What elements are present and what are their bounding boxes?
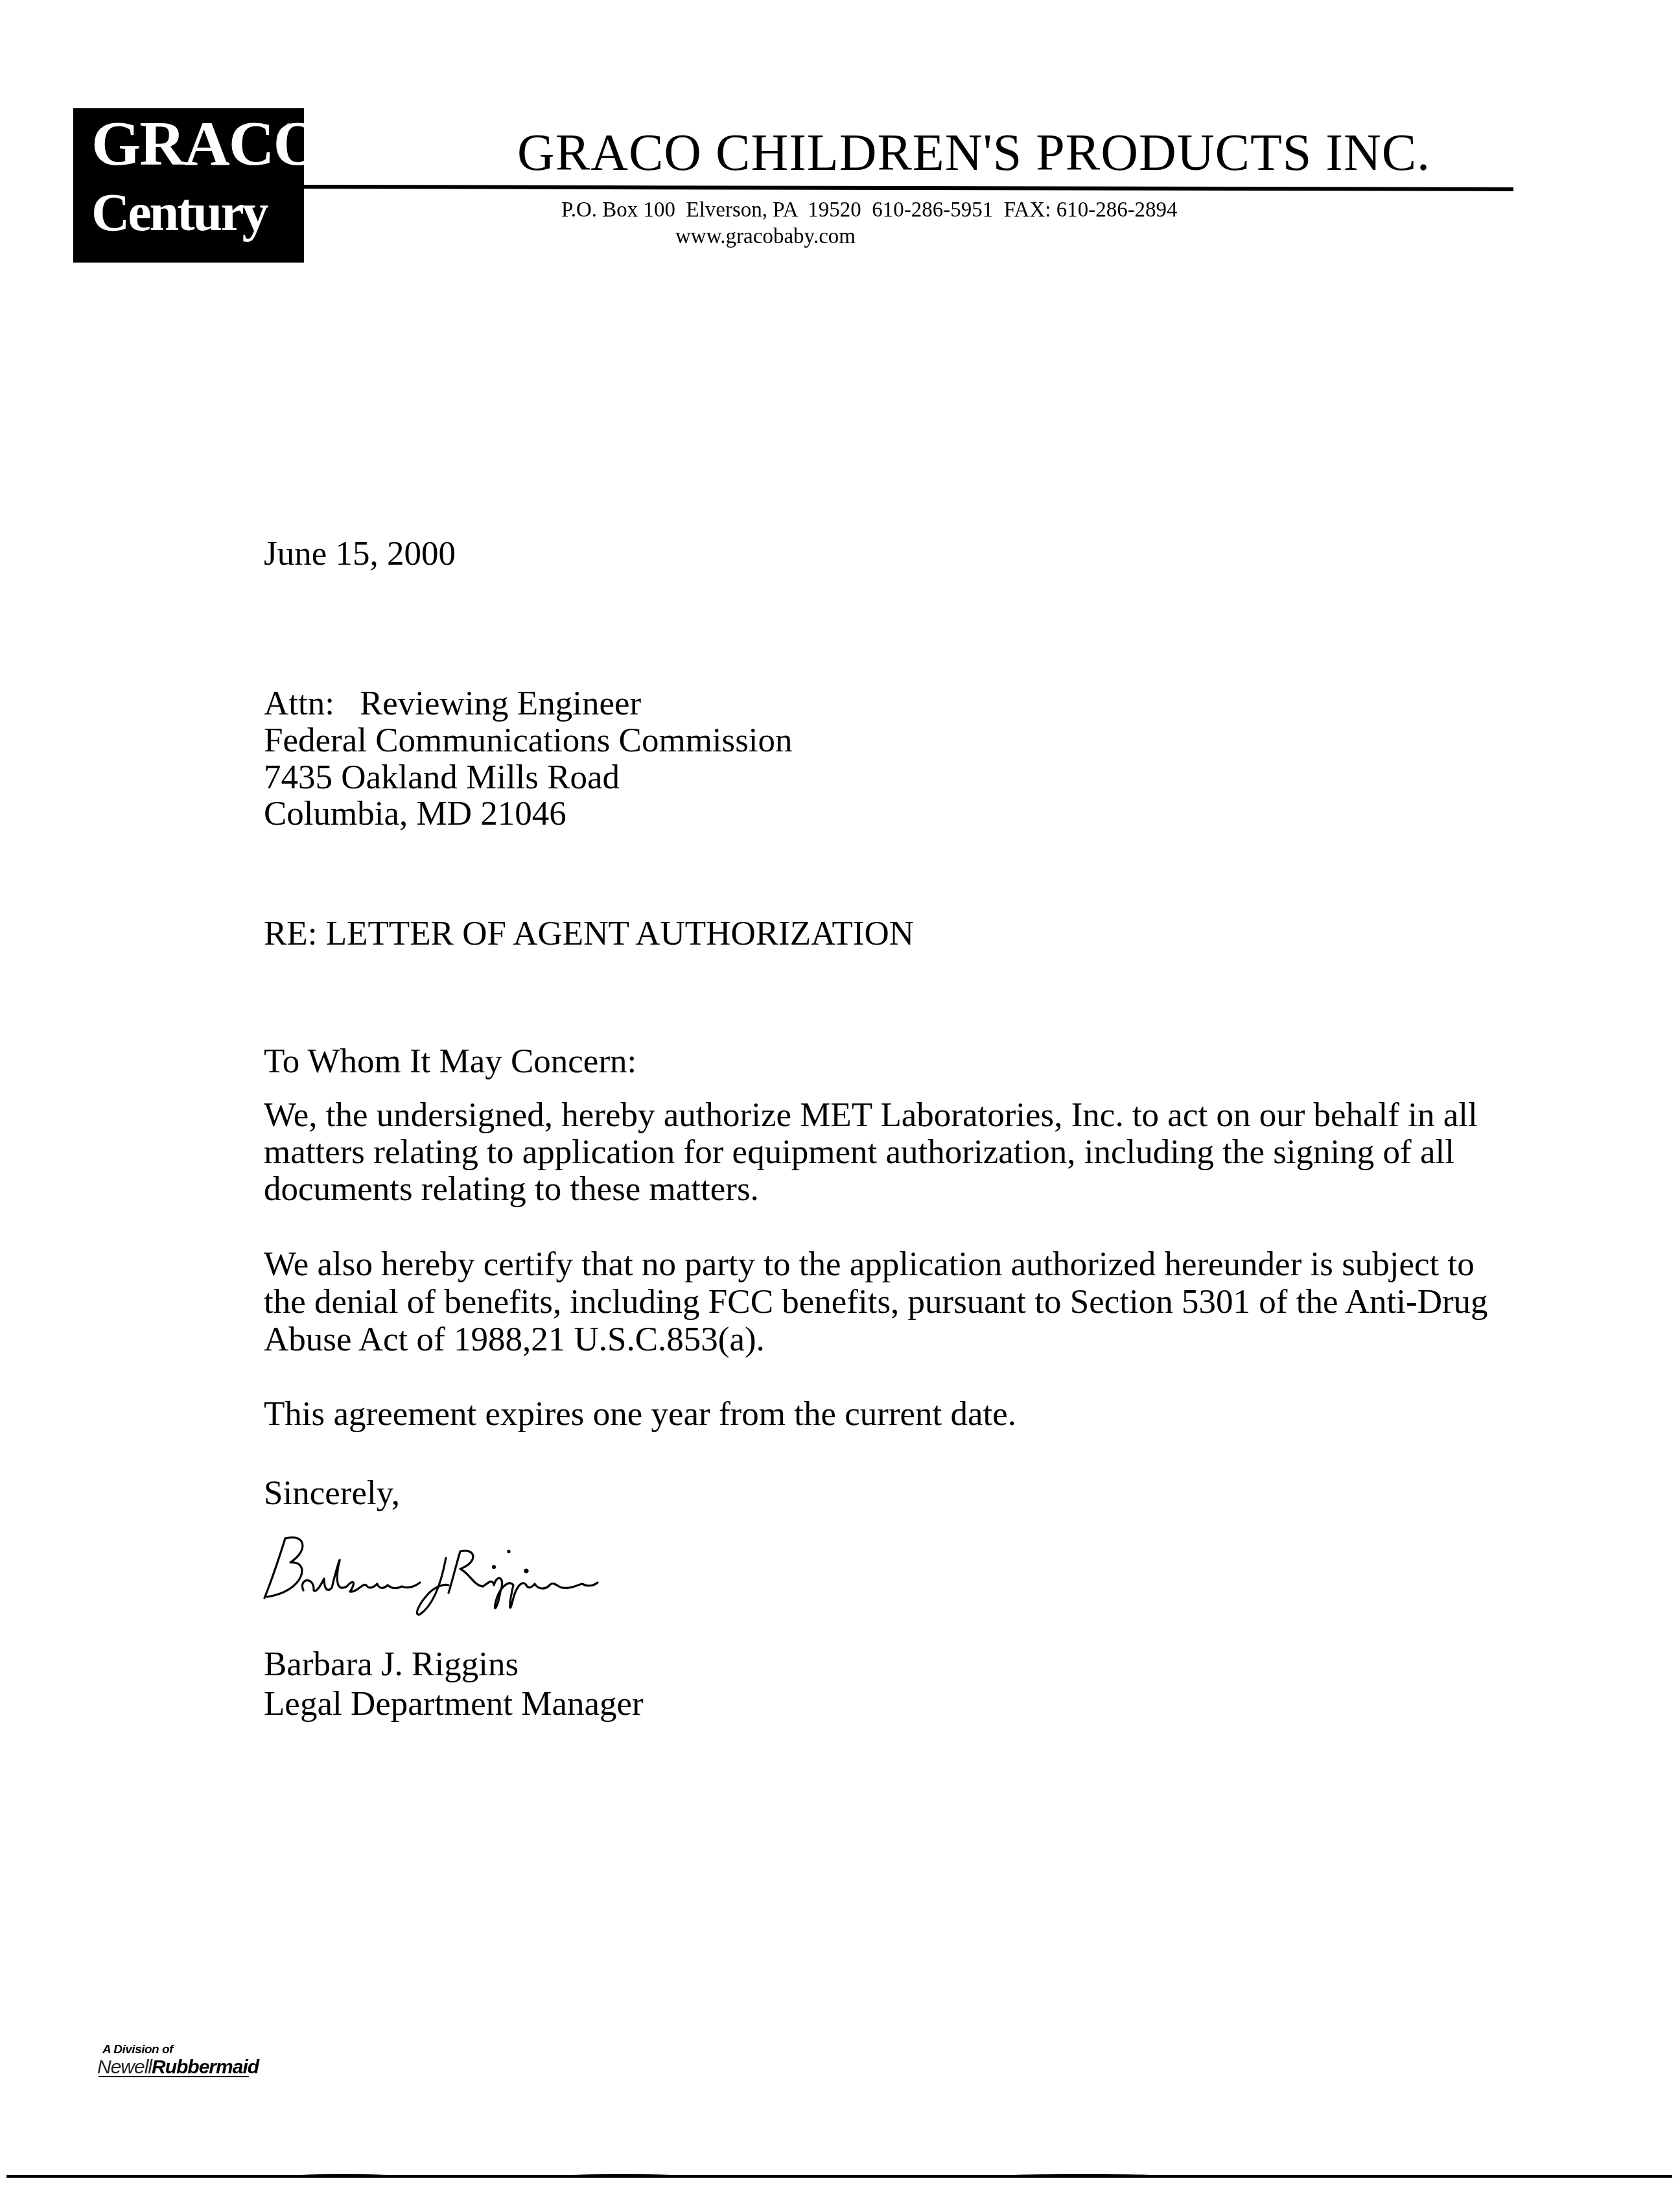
parent-brand-rubbermaid: Rubbermaid [152, 2056, 259, 2078]
signer-name: Barbara J. Riggins [264, 1647, 519, 1682]
paragraph-line: Abuse Act of 1988,21 U.S.C.853(a). [264, 1323, 765, 1357]
scan-smudge [570, 2174, 674, 2178]
scan-smudge [298, 2174, 389, 2178]
brand-underline [99, 2076, 249, 2077]
signer-title: Legal Department Manager [264, 1687, 644, 1721]
graco-century-logo: GRACO ® Century [73, 108, 304, 263]
paragraph-line: matters relating to application for equi… [264, 1135, 1454, 1170]
logo-century-text: Century [91, 186, 267, 239]
recipient-street: 7435 Oakland Mills Road [264, 760, 620, 795]
subject-line: RE: LETTER OF AGENT AUTHORIZATION [264, 917, 914, 951]
paragraph-expiration: This agreement expires one year from the… [264, 1397, 1016, 1431]
scan-smudge [1011, 2174, 1154, 2178]
paragraph-line: We also hereby certify that no party to … [264, 1247, 1475, 1282]
company-address: P.O. Box 100 Elverson, PA 19520 610-286-… [561, 200, 1178, 221]
paragraph-line: We, the undersigned, hereby authorize ME… [264, 1098, 1478, 1133]
paragraph-line: documents relating to these matters. [264, 1172, 759, 1207]
company-website: www.gracobaby.com [675, 226, 856, 248]
attn-label: Attn: [264, 687, 334, 721]
page-bottom-rule [6, 2175, 1672, 2178]
recipient-city-state-zip: Columbia, MD 21046 [264, 797, 566, 831]
logo-graco-text: GRACO [91, 112, 321, 176]
company-name: GRACO CHILDREN'S PRODUCTS INC. [517, 127, 1430, 179]
recipient-organization: Federal Communications Commission [264, 724, 793, 758]
letter-date: June 15, 2000 [264, 537, 456, 571]
parent-brand-newell: Newell [97, 2056, 152, 2078]
letterhead-rule [304, 185, 1513, 191]
closing: Sincerely, [264, 1476, 400, 1511]
division-label: A Division of [102, 2044, 173, 2056]
handwritten-signature-icon [259, 1533, 622, 1618]
salutation: To Whom It May Concern: [264, 1044, 636, 1079]
attn-value: Reviewing Engineer [360, 687, 641, 721]
parent-brand: NewellRubbermaid [97, 2058, 259, 2077]
registered-mark: ® [286, 123, 292, 132]
paragraph-line: the denial of benefits, including FCC be… [264, 1285, 1488, 1319]
